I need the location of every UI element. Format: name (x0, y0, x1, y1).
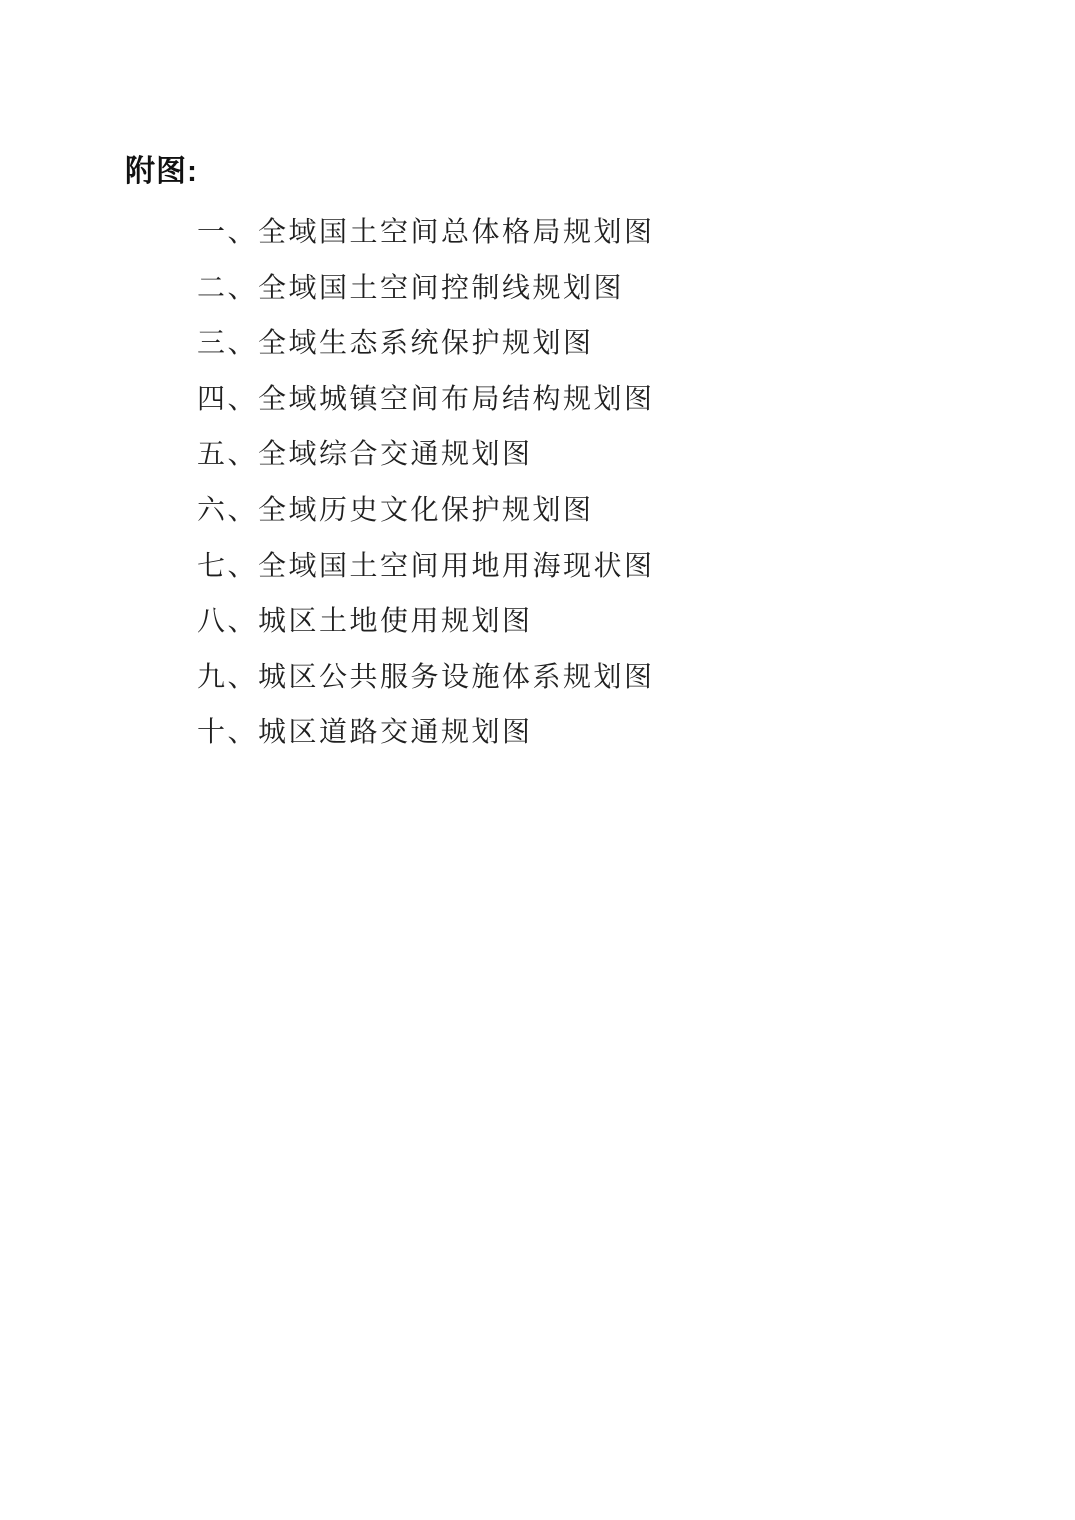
figure-list-item-10: 十、城区道路交通规划图 (197, 705, 655, 761)
figure-list-item-1: 一、全域国土空间总体格局规划图 (197, 205, 655, 261)
document-page: 附图: 一、全域国土空间总体格局规划图 二、全域国土空间控制线规划图 三、全域生… (0, 0, 1075, 1520)
figure-list-item-5: 五、全域综合交通规划图 (197, 427, 655, 483)
figure-list-item-3: 三、全域生态系统保护规划图 (197, 316, 655, 372)
figure-list-item-8: 八、城区土地使用规划图 (197, 594, 655, 650)
figure-list-item-7: 七、全域国土空间用地用海现状图 (197, 539, 655, 595)
attached-figures-heading: 附图: (125, 155, 198, 189)
figure-list-item-9: 九、城区公共服务设施体系规划图 (197, 650, 655, 706)
figure-list-item-2: 二、全域国土空间控制线规划图 (197, 261, 655, 317)
figure-list-item-4: 四、全域城镇空间布局结构规划图 (197, 372, 655, 428)
figure-list-item-6: 六、全域历史文化保护规划图 (197, 483, 655, 539)
figure-list: 一、全域国土空间总体格局规划图 二、全域国土空间控制线规划图 三、全域生态系统保… (197, 205, 655, 761)
